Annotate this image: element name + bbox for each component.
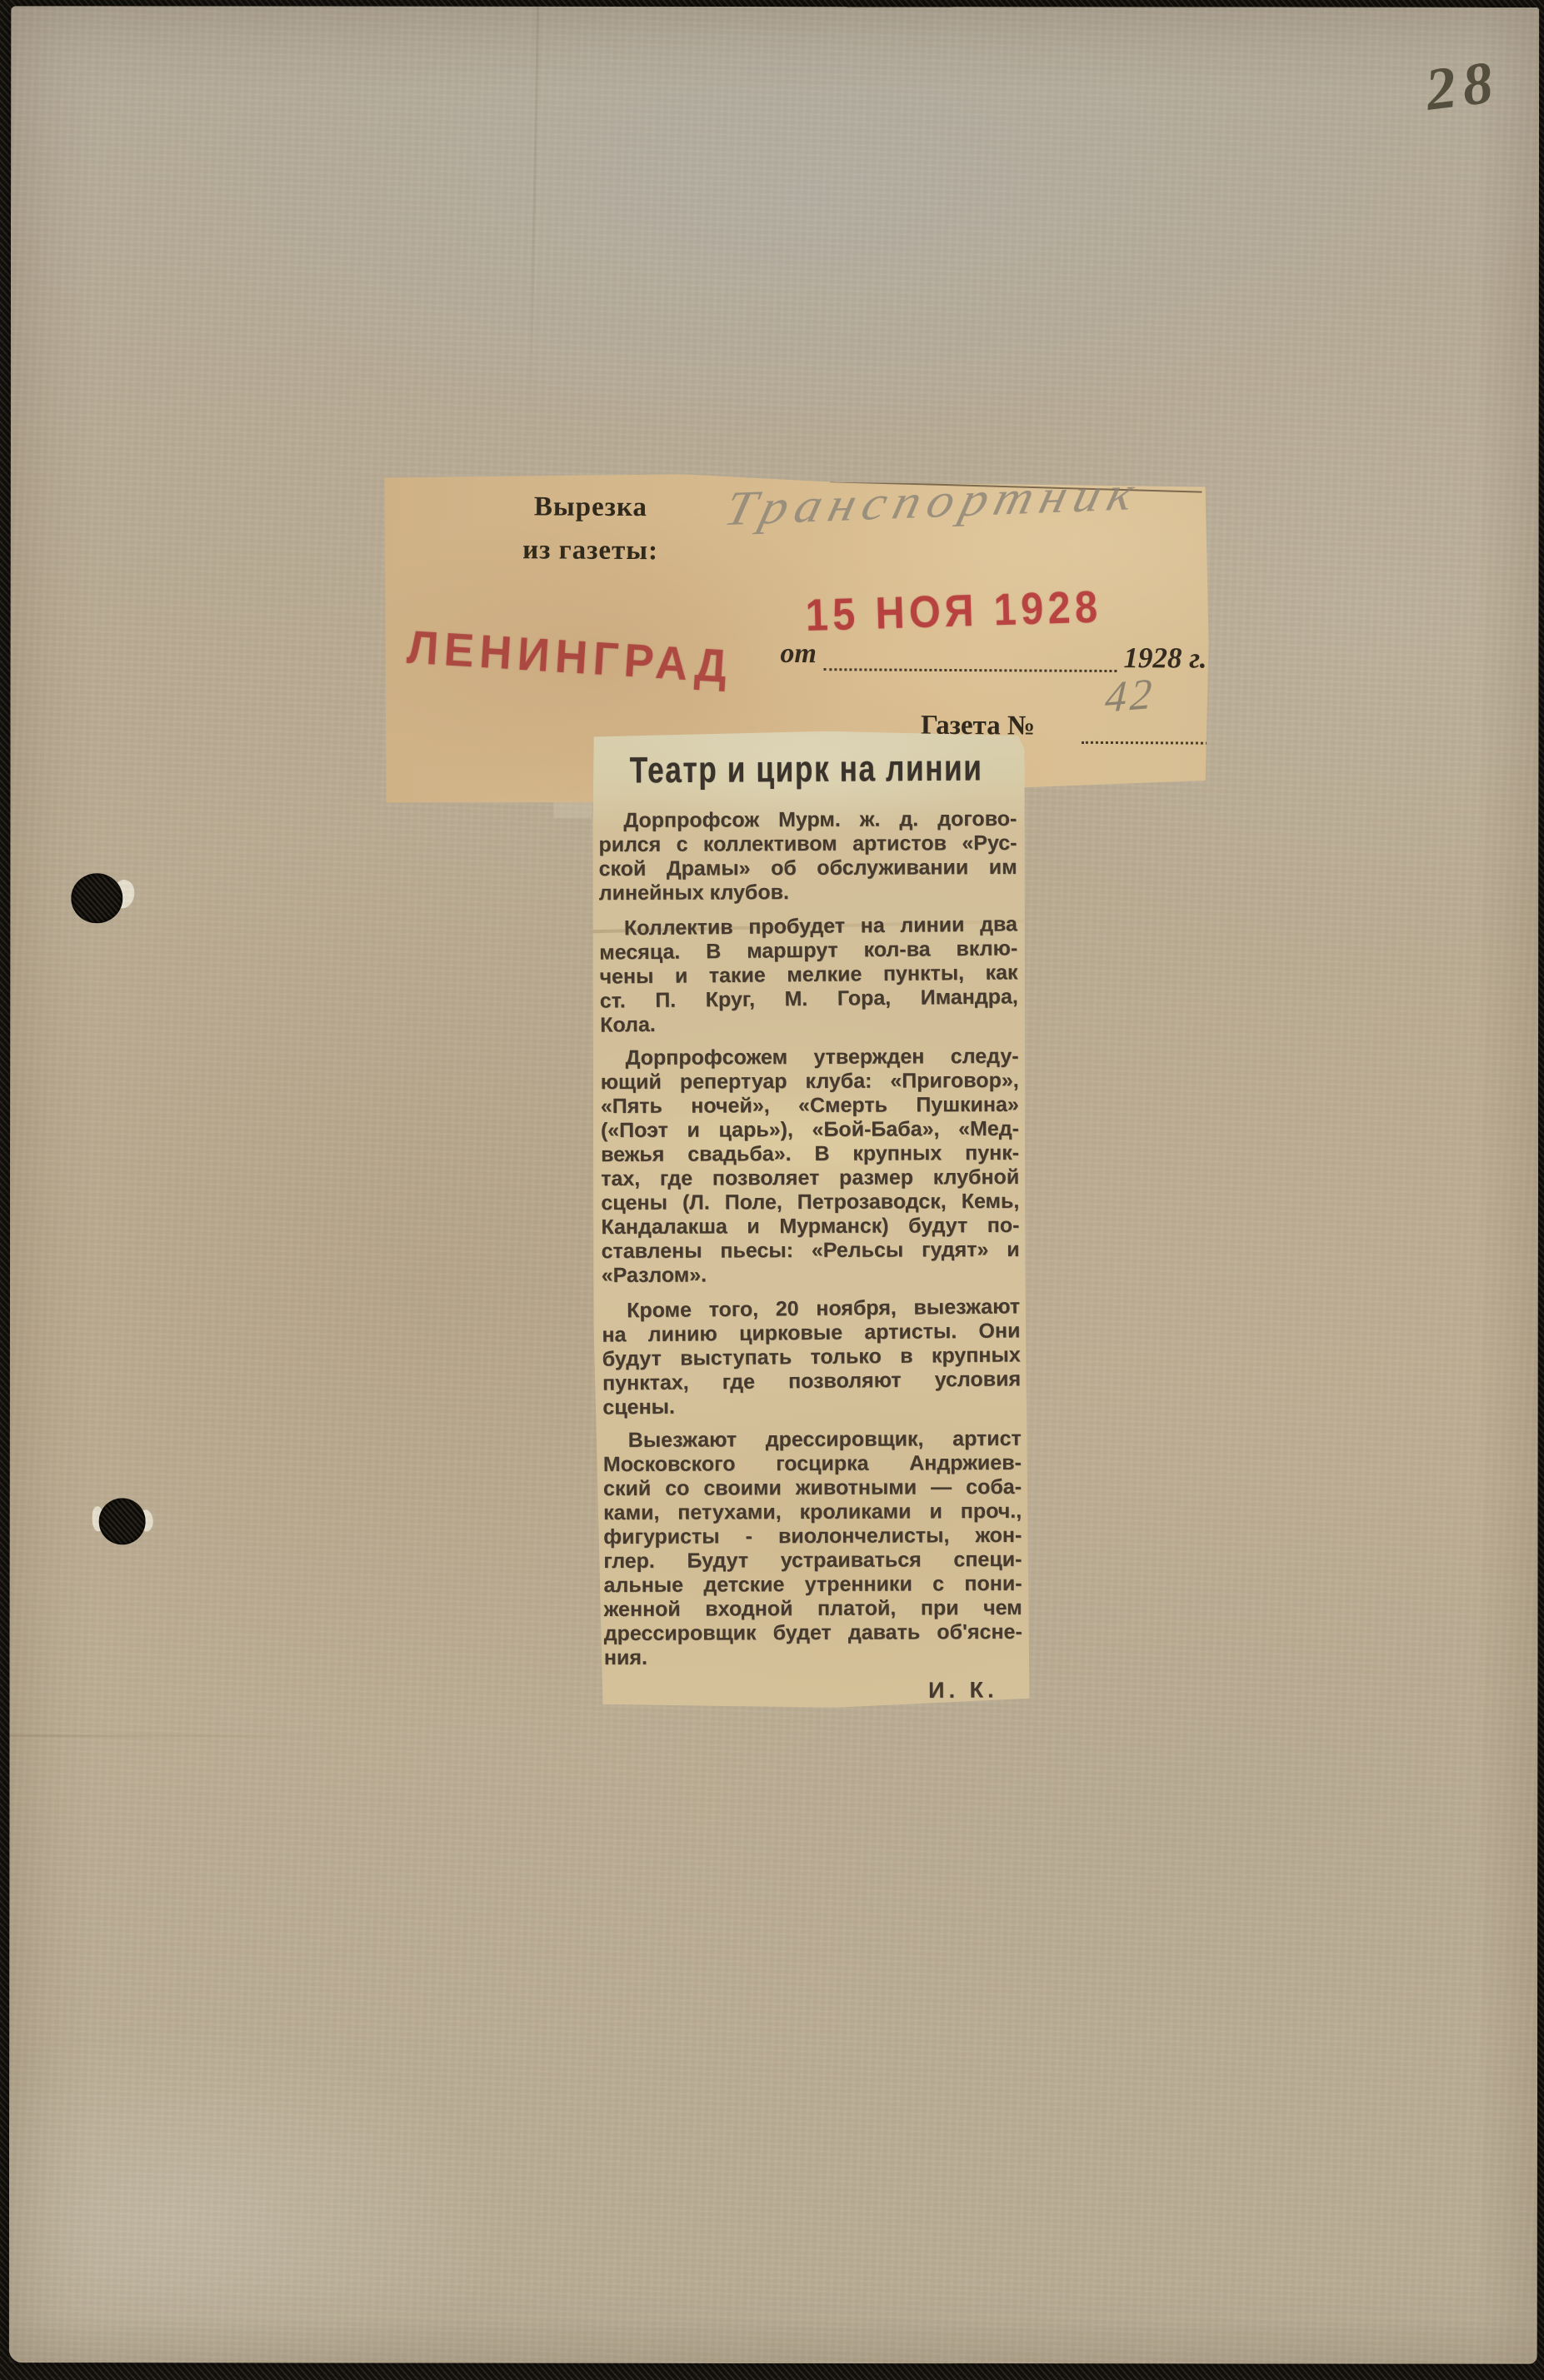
slip-caption-line2: из газеты: — [509, 528, 672, 572]
clipping-text-line: Дорпрофсожем утвержден следу- — [600, 1045, 1018, 1070]
clipping-text-line: фигуристы - виолончелисты, жон- — [603, 1524, 1022, 1549]
clipping-text-line: ками, петухами, кроликами и проч., — [603, 1499, 1022, 1525]
clipping-body: Дорпрофсож Мурм. ж. д. догово-рился с ко… — [598, 806, 1022, 1704]
clipping-paragraph: Дорпрофсожем утвержден следу-ющий реперт… — [600, 1045, 1019, 1288]
punch-hole-bottom — [99, 1498, 146, 1544]
handwritten-page-number: 28 — [1422, 52, 1502, 120]
handwritten-newspaper-name: Транспортник — [717, 459, 1148, 543]
punch-hole-top — [71, 873, 122, 923]
clipping-paragraph: Кроме того, 20 ноября, выезжаютна линию … — [602, 1295, 1021, 1420]
scan-backing: { "document": { "page_number": "28", "la… — [0, 0, 1544, 2380]
clipping-text-line: Московского госцирка Андржиев- — [603, 1451, 1022, 1477]
clipping-text-line: вежья свадьба». В крупных пунк- — [601, 1141, 1019, 1167]
date-field-prefix: от — [780, 640, 817, 668]
clipping-paragraph: Коллектив пробудет на линии двамесяца. В… — [599, 912, 1018, 1037]
clipping-headline: Театр и цирк на линии — [630, 751, 983, 790]
handwritten-issue-number: 42 — [1104, 672, 1157, 720]
clipping-text-line: женной входной платой, при чем — [604, 1596, 1022, 1622]
clipping-text-line: пунктах, где позволяют условия — [602, 1367, 1021, 1395]
clipping-paragraph: Дорпрофсож Мурм. ж. д. догово-рился с ко… — [598, 807, 1017, 906]
clipping-text-line: глер. Будут устраиваться специ- — [603, 1548, 1022, 1574]
clipping-text-line: ставлены пьесы: «Рельсы гудят» и — [601, 1238, 1019, 1264]
leningrad-city-stamp: ЛЕНИНГРАД — [406, 620, 734, 694]
clipping-text-line: ния. — [604, 1644, 1022, 1670]
clipping-text-line: Кандалакша и Мурманск) будут по- — [601, 1214, 1019, 1240]
paper-tear — [109, 877, 138, 911]
clipping-text-line: сцены. — [602, 1391, 1021, 1420]
clipping-text-line: «Пять ночей», «Смерть Пушкина» — [601, 1093, 1019, 1119]
slip-printed-caption: Вырезка из газеты: — [509, 485, 672, 572]
slip-caption-line1: Вырезка — [509, 485, 672, 529]
clipping-text-line: («Поэт и царь»), «Бой-Баба», «Мед- — [601, 1117, 1019, 1143]
clipping-signature: И. К. — [604, 1678, 1022, 1705]
page-crease-horizontal — [9, 1734, 367, 1737]
clipping-text-line: «Разлом». — [602, 1262, 1020, 1288]
clipping-text-line: ской Драмы» об обслуживании им — [599, 856, 1017, 881]
clipping-text-line: тах, где позволяет размер клубной — [601, 1165, 1019, 1191]
date-stamp: 15 НОЯ 1928 — [805, 581, 1102, 642]
date-field-year: 1928 г. — [1123, 643, 1207, 673]
clipping-text-line: Кола. — [600, 1009, 1018, 1037]
clipping-text-line: рился с коллективом артистов «Рус- — [598, 831, 1017, 857]
paper-tear — [92, 1506, 104, 1531]
clipping-text-line: ский со своими животными — соба- — [603, 1475, 1022, 1501]
dotted-line — [823, 668, 1117, 672]
newspaper-clipping: Театр и цирк на линии Дорпрофсож Мурм. ж… — [589, 730, 1031, 1709]
clipping-text-line: альные детские утренники с пони- — [603, 1572, 1022, 1598]
clipping-paragraph: Выезжают дрессировщик, артистМосковского… — [603, 1427, 1022, 1670]
dotted-line — [1082, 741, 1208, 745]
clipping-text-line: дрессировщик будет давать об'ясне- — [604, 1620, 1022, 1646]
clipping-text-line: линейных клубов. — [599, 880, 1017, 906]
clipping-text-line: ющий репертуар клуба: «Приговор», — [601, 1069, 1019, 1095]
paper-tear — [140, 1509, 153, 1531]
clipping-text-line: Выезжают дрессировщик, артист — [603, 1427, 1022, 1453]
clipping-text-line: Дорпрофсож Мурм. ж. д. догово- — [598, 807, 1017, 833]
clipping-text-line: ст. П. Круг, М. Гора, Имандра, — [600, 985, 1018, 1013]
clipping-text-line: сцены (Л. Поле, Петрозаводск, Кемь, — [601, 1190, 1019, 1215]
page-crease-vertical — [528, 7, 539, 473]
album-page: 28 Вырезка из газеты: Транспортник ЛЕНИН… — [9, 6, 1539, 2364]
